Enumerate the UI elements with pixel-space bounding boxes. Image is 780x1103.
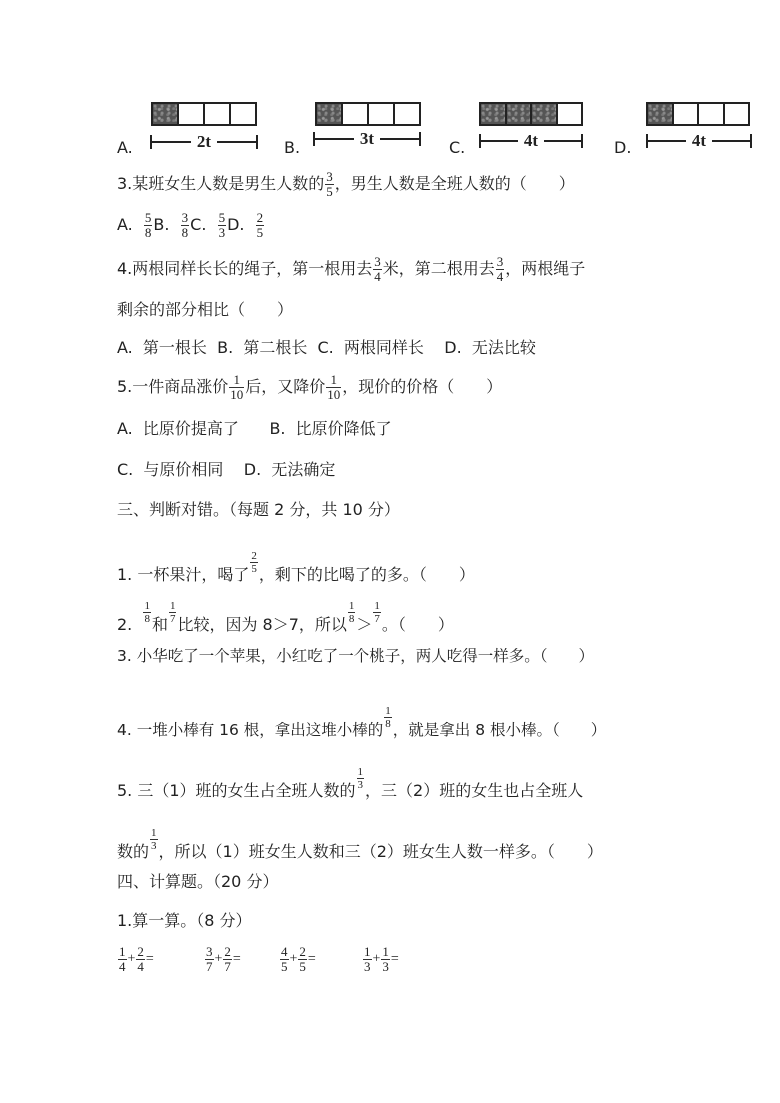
fraction: 110 xyxy=(229,373,244,402)
fraction: 34 xyxy=(496,255,505,284)
fraction: 38 xyxy=(181,211,190,240)
question-3: 3.某班女生人数是男生人数的35，男生人数是全班人数的（ ） xyxy=(117,170,575,199)
question-5: 5.一件商品涨价110后，又降价110，现价的价格（ ） xyxy=(117,373,502,402)
option-d-bar xyxy=(646,102,750,126)
question-5-options-1: A. 比原价提高了 B. 比原价降低了 xyxy=(117,419,392,439)
fraction: 13 xyxy=(150,827,158,852)
option-d-dimension: 4t xyxy=(646,133,752,149)
fraction: 37 xyxy=(205,945,214,974)
fraction: 58 xyxy=(144,211,153,240)
option-d-letter: D. xyxy=(614,138,631,157)
option-a-letter: A. xyxy=(117,138,133,157)
fraction: 18 xyxy=(348,600,356,625)
calc-item-4: 13+13= xyxy=(362,945,399,974)
fraction: 13 xyxy=(357,766,365,791)
option-b-dimension: 3t xyxy=(313,131,421,147)
option-a-dimension: 2t xyxy=(150,134,258,150)
fraction: 14 xyxy=(118,945,127,974)
fraction: 13 xyxy=(363,945,372,974)
section-4-sub-1: 1.算一算。（8 分） xyxy=(117,911,252,931)
option-c-bar xyxy=(479,102,583,126)
calc-row: 14+24= 37+27= 45+25= 13+13= xyxy=(117,945,517,985)
section-3-title: 三、判断对错。（每题 2 分，共 10 分） xyxy=(117,500,400,520)
fraction: 45 xyxy=(280,945,289,974)
fraction: 27 xyxy=(223,945,232,974)
option-b-bar xyxy=(315,102,421,126)
fraction: 18 xyxy=(384,705,392,730)
question-5-options-2: C. 与原价相同 D. 无法确定 xyxy=(117,460,335,480)
fraction: 24 xyxy=(136,945,145,974)
option-c-letter: C. xyxy=(449,138,465,157)
judge-item-5-line2: 数的13，所以（1）班女生人数和三（2）班女生人数一样多。（ ） xyxy=(117,827,603,862)
fraction: 53 xyxy=(218,211,227,240)
question-4-line2: 剩余的部分相比（ ） xyxy=(117,300,293,320)
calc-item-2: 37+27= xyxy=(204,945,241,974)
fraction: 17 xyxy=(169,600,177,625)
judge-item-3: 3. 小华吃了一个苹果，小红吃了一个桃子，两人吃得一样多。（ ） xyxy=(117,646,594,666)
option-c-dimension: 4t xyxy=(479,133,583,149)
fraction: 25 xyxy=(298,945,307,974)
fraction: 18 xyxy=(143,600,151,625)
question-4: 4.两根同样长长的绳子，第一根用去34米，第二根用去34，两根绳子 xyxy=(117,255,585,284)
fraction: 25 xyxy=(256,211,265,240)
fraction: 35 xyxy=(325,170,334,199)
section-4-title: 四、计算题。（20 分） xyxy=(117,872,278,892)
judge-item-5: 5. 三（1）班的女生占全班人数的13，三（2）班的女生也占全班人 xyxy=(117,766,583,801)
question-4-options: A. 第一根长 B. 第二根长 C. 两根同样长 D. 无法比较 xyxy=(117,338,536,358)
calc-item-1: 14+24= xyxy=(117,945,154,974)
option-b-letter: B. xyxy=(284,138,300,157)
fraction: 110 xyxy=(326,373,341,402)
option-a-bar xyxy=(151,102,257,126)
judge-item-2: 2. 18和17比较，因为 8＞7，所以18＞17。（ ） xyxy=(117,600,454,635)
judge-item-4: 4. 一堆小棒有 16 根，拿出这堆小棒的18，就是拿出 8 根小棒。（ ） xyxy=(117,705,606,740)
fraction: 34 xyxy=(373,255,382,284)
fraction: 25 xyxy=(250,550,258,575)
judge-item-1: 1. 一杯果汁，喝了25，剩下的比喝了的多。（ ） xyxy=(117,550,475,585)
fraction: 13 xyxy=(381,945,390,974)
fraction: 17 xyxy=(373,600,381,625)
calc-item-3: 45+25= xyxy=(279,945,316,974)
question-3-options: A. 58B. 38C. 53D. 25 xyxy=(117,211,265,240)
